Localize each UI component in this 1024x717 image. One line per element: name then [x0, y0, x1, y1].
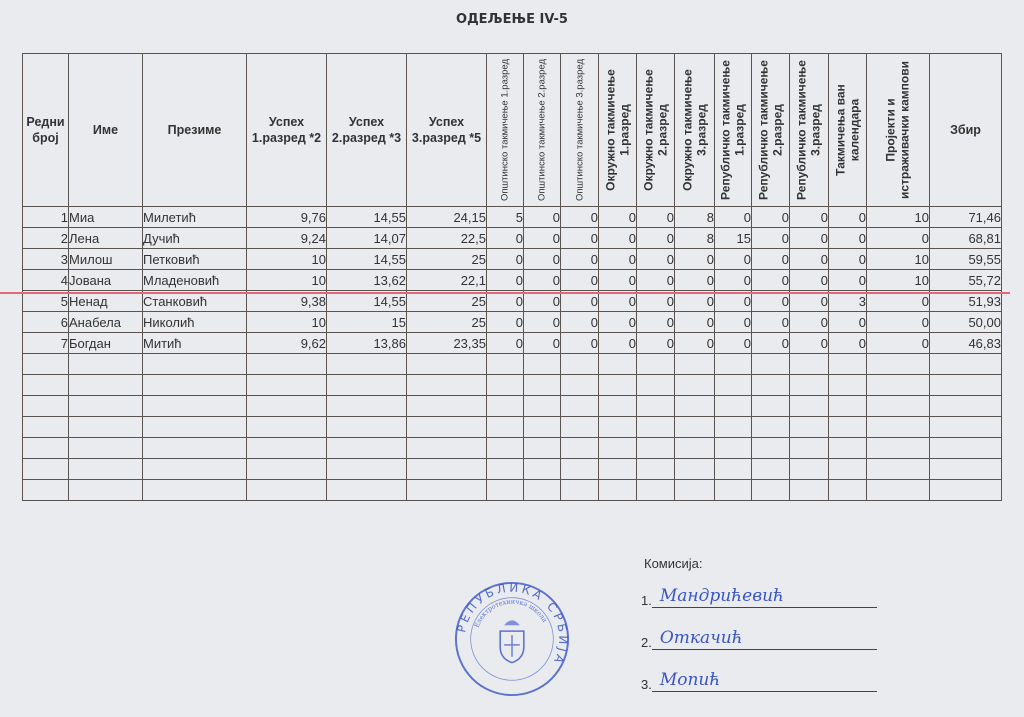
table-cell	[790, 396, 829, 417]
empty-table-row	[23, 480, 1002, 501]
table-cell	[524, 396, 561, 417]
table-cell: 24,15	[407, 207, 487, 228]
table-cell	[23, 396, 69, 417]
signature-line-2: 2.Откачић	[641, 632, 877, 650]
table-cell	[561, 396, 599, 417]
table-cell	[143, 354, 247, 375]
signature-number: 1.	[641, 593, 652, 608]
table-cell	[675, 459, 715, 480]
table-cell: 0	[561, 333, 599, 354]
table-cell: 55,72	[930, 270, 1002, 291]
column-header: Општинско такмичење 3.разред	[561, 54, 599, 207]
table-cell	[327, 480, 407, 501]
table-cell	[69, 480, 143, 501]
table-cell: 14,55	[327, 207, 407, 228]
table-cell: 0	[752, 207, 790, 228]
table-cell: 5	[487, 207, 524, 228]
table-cell	[829, 375, 867, 396]
table-cell: 0	[829, 249, 867, 270]
table-cell	[752, 396, 790, 417]
table-cell	[675, 438, 715, 459]
table-cell	[247, 480, 327, 501]
table-cell	[69, 375, 143, 396]
signature-handwriting: Мандрићевић	[660, 586, 784, 606]
table-cell: 0	[561, 312, 599, 333]
table-row: 3МилошПетковић1014,552500000000001059,55	[23, 249, 1002, 270]
table-cell: 0	[715, 207, 752, 228]
table-cell: 15	[715, 228, 752, 249]
table-cell: 0	[599, 312, 637, 333]
table-cell	[561, 480, 599, 501]
table-cell	[752, 438, 790, 459]
table-cell	[715, 375, 752, 396]
table-cell: 0	[487, 333, 524, 354]
table-cell	[599, 417, 637, 438]
table-cell: 4	[23, 270, 69, 291]
table-cell	[637, 480, 675, 501]
table-cell: 0	[752, 228, 790, 249]
table-cell	[930, 396, 1002, 417]
ranking-table: Редни бројИмеПрезимеУспех 1.разред *2Усп…	[22, 53, 1002, 501]
column-header-label: Републичко такмичење 3.разред	[795, 56, 824, 204]
table-cell: 14,07	[327, 228, 407, 249]
empty-table-row	[23, 417, 1002, 438]
column-header: Окружно такмичење 1.разред	[599, 54, 637, 207]
table-cell	[23, 354, 69, 375]
table-cell	[867, 417, 930, 438]
table-cell	[143, 459, 247, 480]
table-cell: 0	[599, 249, 637, 270]
table-cell	[23, 375, 69, 396]
table-cell	[930, 417, 1002, 438]
table-cell: 0	[715, 312, 752, 333]
table-cell	[524, 438, 561, 459]
column-header: Пројекти и истраживачки кампови	[867, 54, 930, 207]
table-cell: 2	[23, 228, 69, 249]
table-cell	[599, 375, 637, 396]
table-cell: 10	[867, 249, 930, 270]
table-cell: 0	[829, 312, 867, 333]
table-cell: 0	[524, 270, 561, 291]
table-cell	[752, 417, 790, 438]
table-row: 6АнабелаНиколић1015250000000000050,00	[23, 312, 1002, 333]
table-cell	[752, 354, 790, 375]
table-cell	[247, 438, 327, 459]
table-cell	[407, 417, 487, 438]
table-cell: 46,83	[930, 333, 1002, 354]
column-header-label: Окружно такмичење 1.разред	[603, 56, 632, 204]
table-cell	[407, 480, 487, 501]
table-cell	[524, 354, 561, 375]
table-cell: Дучић	[143, 228, 247, 249]
table-cell: 23,35	[407, 333, 487, 354]
signature-line-3: 3.Мопић	[641, 674, 877, 692]
table-cell	[675, 417, 715, 438]
table-cell	[637, 417, 675, 438]
table-row: 1МиаМилетић9,7614,5524,1550000800001071,…	[23, 207, 1002, 228]
column-header: Име	[69, 54, 143, 207]
table-cell	[561, 438, 599, 459]
table-cell	[524, 375, 561, 396]
table-cell: 59,55	[930, 249, 1002, 270]
table-cell: 9,24	[247, 228, 327, 249]
table-cell	[675, 354, 715, 375]
column-header-label: Општинско такмичење 2.разред	[536, 56, 547, 204]
table-cell	[752, 375, 790, 396]
table-cell	[867, 396, 930, 417]
empty-table-row	[23, 459, 1002, 480]
table-cell: 0	[829, 333, 867, 354]
column-header: Презиме	[143, 54, 247, 207]
empty-table-row	[23, 438, 1002, 459]
table-cell	[247, 396, 327, 417]
table-cell	[829, 459, 867, 480]
table-cell	[599, 354, 637, 375]
table-cell: Митић	[143, 333, 247, 354]
table-cell: 25	[407, 312, 487, 333]
table-cell: 0	[752, 270, 790, 291]
table-cell: 0	[599, 207, 637, 228]
table-cell	[407, 354, 487, 375]
column-header-label: Такмичења ван календара	[833, 56, 862, 204]
column-header: Окружно такмичење 3.разред	[675, 54, 715, 207]
table-cell	[23, 417, 69, 438]
table-cell	[829, 480, 867, 501]
table-cell	[561, 417, 599, 438]
table-cell: 0	[715, 249, 752, 270]
table-cell: 0	[790, 312, 829, 333]
table-cell	[524, 480, 561, 501]
column-header-label: Републичко такмичење 1.разред	[719, 56, 748, 204]
table-cell: 0	[637, 207, 675, 228]
table-cell	[637, 459, 675, 480]
empty-table-row	[23, 396, 1002, 417]
table-cell: 10	[867, 207, 930, 228]
table-cell	[407, 375, 487, 396]
table-cell	[487, 375, 524, 396]
table-cell: 0	[637, 333, 675, 354]
table-cell: 0	[715, 333, 752, 354]
signature-number: 2.	[641, 635, 652, 650]
table-cell	[407, 438, 487, 459]
table-cell: 0	[675, 270, 715, 291]
table-cell: 0	[561, 270, 599, 291]
table-cell	[599, 480, 637, 501]
table-cell	[930, 459, 1002, 480]
table-cell: 0	[829, 270, 867, 291]
table-cell	[69, 396, 143, 417]
table-cell	[790, 438, 829, 459]
table-cell: 0	[790, 249, 829, 270]
table-cell: 9,76	[247, 207, 327, 228]
table-cell: 0	[790, 333, 829, 354]
column-header-label: Пројекти и истраживачки кампови	[884, 56, 913, 204]
table-cell	[407, 396, 487, 417]
table-cell: 0	[790, 207, 829, 228]
table-cell: 50,00	[930, 312, 1002, 333]
table-cell	[247, 417, 327, 438]
signature-handwriting: Откачић	[660, 628, 743, 648]
table-cell	[487, 480, 524, 501]
table-cell: 0	[524, 228, 561, 249]
table-cell: Петковић	[143, 249, 247, 270]
table-cell	[23, 459, 69, 480]
table-cell: 0	[487, 249, 524, 270]
table-cell	[715, 417, 752, 438]
table-cell	[561, 459, 599, 480]
table-cell	[143, 480, 247, 501]
table-cell	[487, 438, 524, 459]
signature-line-1: 1.Мандрићевић	[641, 590, 877, 608]
table-cell: Богдан	[69, 333, 143, 354]
table-cell	[867, 354, 930, 375]
table-cell	[829, 396, 867, 417]
empty-table-row	[23, 354, 1002, 375]
table-cell: 0	[599, 333, 637, 354]
table-cell	[487, 417, 524, 438]
table-cell: 0	[675, 249, 715, 270]
table-cell: 0	[715, 270, 752, 291]
column-header: Такмичења ван календара	[829, 54, 867, 207]
table-cell: 0	[829, 207, 867, 228]
official-stamp-icon: РЕПУБЛИКА СРБИЈА Електротехничка школа	[453, 580, 571, 698]
table-cell	[752, 459, 790, 480]
table-cell: Николић	[143, 312, 247, 333]
table-cell: 0	[599, 270, 637, 291]
table-cell: 0	[487, 228, 524, 249]
table-cell	[69, 354, 143, 375]
table-cell	[327, 396, 407, 417]
table-cell: 8	[675, 228, 715, 249]
column-header: Републичко такмичење 3.разред	[790, 54, 829, 207]
table-cell: 10	[247, 270, 327, 291]
table-cell: 7	[23, 333, 69, 354]
column-header-label: Окружно такмичење 2.разред	[641, 56, 670, 204]
table-cell	[675, 375, 715, 396]
table-cell	[867, 438, 930, 459]
table-cell	[599, 396, 637, 417]
table-cell: 0	[637, 270, 675, 291]
table-cell	[327, 459, 407, 480]
table-cell: 22,5	[407, 228, 487, 249]
signature-handwriting: Мопић	[660, 670, 721, 690]
table-cell	[23, 480, 69, 501]
table-cell: 0	[561, 249, 599, 270]
table-cell: Миа	[69, 207, 143, 228]
column-header-label: Општинско такмичење 1.разред	[499, 56, 510, 204]
table-cell: 0	[752, 333, 790, 354]
table-cell: 0	[524, 312, 561, 333]
table-cell	[599, 459, 637, 480]
table-cell	[930, 480, 1002, 501]
table-cell	[930, 438, 1002, 459]
table-cell	[327, 438, 407, 459]
column-header: Републичко такмичење 1.разред	[715, 54, 752, 207]
table-cell: Јована	[69, 270, 143, 291]
table-cell: 0	[867, 228, 930, 249]
table-row: 4ЈованаМладеновић1013,6222,1000000000010…	[23, 270, 1002, 291]
table-cell: 0	[637, 228, 675, 249]
column-header: Успех 3.разред *5	[407, 54, 487, 207]
table-cell	[790, 459, 829, 480]
table-cell: 0	[752, 312, 790, 333]
table-cell	[69, 438, 143, 459]
table-cell: 0	[752, 249, 790, 270]
table-cell: 13,62	[327, 270, 407, 291]
table-cell	[143, 396, 247, 417]
table-cell	[143, 417, 247, 438]
empty-table-row	[23, 375, 1002, 396]
cutoff-line	[0, 292, 1010, 294]
table-cell	[637, 438, 675, 459]
table-cell	[715, 480, 752, 501]
table-cell: 0	[524, 207, 561, 228]
table-cell: 13,86	[327, 333, 407, 354]
table-cell	[790, 417, 829, 438]
column-header: Редни број	[23, 54, 69, 207]
table-cell	[715, 396, 752, 417]
column-header: Општинско такмичење 1.разред	[487, 54, 524, 207]
table-cell	[327, 354, 407, 375]
table-cell	[867, 375, 930, 396]
table-cell: 1	[23, 207, 69, 228]
column-header: Општинско такмичење 2.разред	[524, 54, 561, 207]
table-cell	[637, 396, 675, 417]
table-cell: 0	[867, 333, 930, 354]
table-cell: 10	[247, 249, 327, 270]
table-cell: 15	[327, 312, 407, 333]
table-cell	[867, 480, 930, 501]
table-cell: 71,46	[930, 207, 1002, 228]
table-cell	[69, 417, 143, 438]
table-cell	[829, 417, 867, 438]
table-cell	[675, 396, 715, 417]
column-header: Успех 1.разред *2	[247, 54, 327, 207]
table-cell	[247, 354, 327, 375]
table-cell	[829, 438, 867, 459]
table-row: 7БогданМитић9,6213,8623,350000000000046,…	[23, 333, 1002, 354]
table-cell: 0	[829, 228, 867, 249]
table-cell: 0	[561, 207, 599, 228]
table-cell	[69, 459, 143, 480]
table-cell: 0	[637, 312, 675, 333]
table-cell	[327, 375, 407, 396]
table-cell: 0	[524, 333, 561, 354]
table-cell: 68,81	[930, 228, 1002, 249]
table-cell: 0	[487, 270, 524, 291]
table-cell	[407, 459, 487, 480]
column-header: Успех 2.разред *3	[327, 54, 407, 207]
commission-label: Комисија:	[644, 556, 703, 571]
table-cell	[247, 375, 327, 396]
table-cell: Лена	[69, 228, 143, 249]
table-cell	[867, 459, 930, 480]
table-cell	[715, 459, 752, 480]
table-cell: 0	[487, 312, 524, 333]
table-cell	[715, 354, 752, 375]
header-row: Редни бројИмеПрезимеУспех 1.разред *2Усп…	[23, 54, 1002, 207]
table-cell	[637, 354, 675, 375]
table-cell: 0	[675, 312, 715, 333]
table-cell	[715, 438, 752, 459]
table-cell	[524, 459, 561, 480]
table-cell: Анабела	[69, 312, 143, 333]
table-cell: Милош	[69, 249, 143, 270]
column-header-label: Републичко такмичење 2.разред	[756, 56, 785, 204]
table-cell	[23, 438, 69, 459]
document-title: ОДЕЉЕЊЕ IV-5	[0, 12, 1024, 27]
table-cell: 8	[675, 207, 715, 228]
signature-number: 3.	[641, 677, 652, 692]
table-cell: 0	[637, 249, 675, 270]
column-header: Збир	[930, 54, 1002, 207]
table-cell: 6	[23, 312, 69, 333]
table-cell: 0	[675, 333, 715, 354]
table-cell	[752, 480, 790, 501]
table-cell: Милетић	[143, 207, 247, 228]
table-cell	[524, 417, 561, 438]
table-cell: 3	[23, 249, 69, 270]
table-cell: 0	[790, 228, 829, 249]
table-cell: 25	[407, 249, 487, 270]
table-cell	[790, 354, 829, 375]
table-cell	[327, 417, 407, 438]
table-cell: 10	[867, 270, 930, 291]
table-cell	[561, 375, 599, 396]
table-cell: Младеновић	[143, 270, 247, 291]
table-cell	[599, 438, 637, 459]
table-cell: 22,1	[407, 270, 487, 291]
table-cell	[487, 354, 524, 375]
table-cell: 0	[599, 228, 637, 249]
table-cell: 0	[524, 249, 561, 270]
column-header-label: Окружно такмичење 3.разред	[680, 56, 709, 204]
table-cell	[143, 438, 247, 459]
table-cell: 9,62	[247, 333, 327, 354]
column-header: Окружно такмичење 2.разред	[637, 54, 675, 207]
table-cell	[790, 375, 829, 396]
table-cell	[829, 354, 867, 375]
column-header-label: Општинско такмичење 3.разред	[574, 56, 585, 204]
table-cell: 0	[867, 312, 930, 333]
table-cell	[790, 480, 829, 501]
table-cell	[487, 459, 524, 480]
table-cell: 0	[790, 270, 829, 291]
table-cell	[637, 375, 675, 396]
table-cell	[930, 354, 1002, 375]
table-cell	[561, 354, 599, 375]
table-cell	[487, 396, 524, 417]
table-cell	[930, 375, 1002, 396]
table-row: 2ЛенаДучић9,2414,0722,500000815000068,81	[23, 228, 1002, 249]
table-cell: 14,55	[327, 249, 407, 270]
table-cell	[143, 375, 247, 396]
table-cell: 0	[561, 228, 599, 249]
table-cell	[247, 459, 327, 480]
table-cell	[675, 480, 715, 501]
table-body: 1МиаМилетић9,7614,5524,1550000800001071,…	[23, 207, 1002, 501]
column-header: Републичко такмичење 2.разред	[752, 54, 790, 207]
table-cell: 10	[247, 312, 327, 333]
